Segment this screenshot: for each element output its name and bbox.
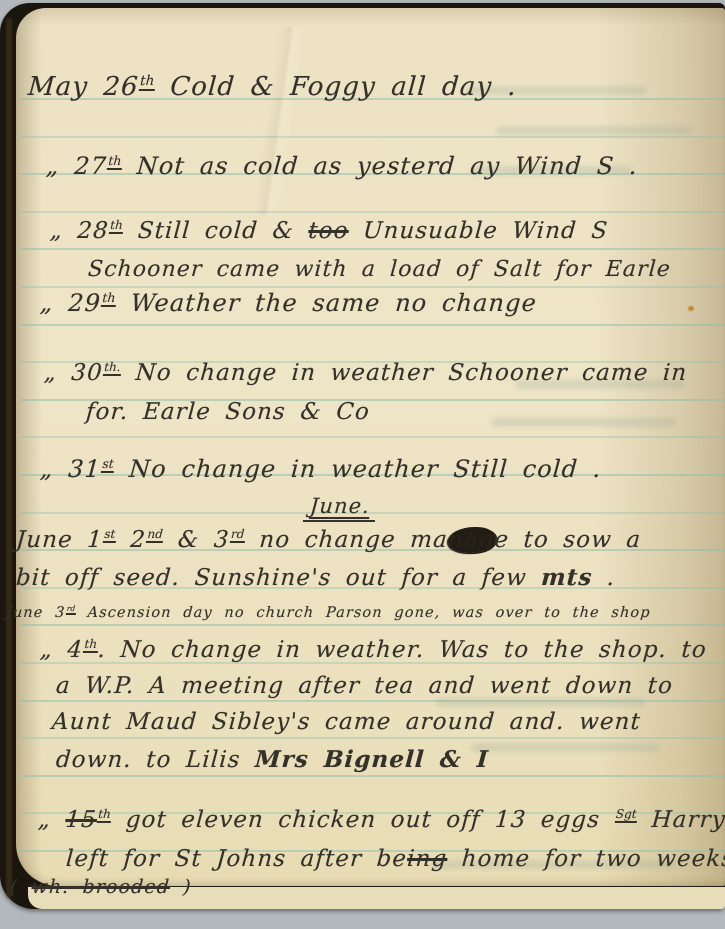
- paper-page: May 26th Cold & Foggy all day .„ 27th No…: [16, 8, 725, 886]
- diary-text-segment: no change ma: [244, 527, 449, 553]
- diary-line: „ 15th got eleven chicken out off 13 egg…: [37, 807, 725, 833]
- diary-text-segment: Aunt Maud Sibley's came around and. went: [51, 709, 642, 735]
- paper-crease: [253, 25, 305, 217]
- diary-text-segment: Schooner came with a load of Salt for Ea…: [87, 257, 672, 282]
- diary-line: „ 30th. No change in weather Schooner ca…: [43, 360, 688, 386]
- diary-line: „ 29th Weather the same no change: [39, 289, 538, 317]
- diary-line: June 1st 2nd & 3rd no change manage to s…: [15, 527, 642, 553]
- diary-text-segment: „ 4: [39, 637, 84, 663]
- diary-text-segment: too: [308, 218, 350, 244]
- diary-text-segment: nd: [146, 527, 164, 543]
- diary-text-segment: 15: [65, 807, 98, 833]
- diary-text-segment: „ 29: [39, 289, 102, 317]
- diary-line: down. to Lilis Mrs Bignell & I: [55, 746, 490, 773]
- diary-line: „ 27th Not as cold as yesterd ay Wind S …: [45, 152, 639, 180]
- diary-text-segment: th: [101, 290, 117, 307]
- diary-text-segment: Sgt: [614, 807, 638, 823]
- diary-text-segment: rd: [229, 527, 245, 543]
- rule-line: [20, 324, 725, 326]
- diary-text-segment: ): [169, 876, 192, 898]
- diary-text-segment: No change in weather Still cold .: [113, 455, 602, 483]
- ink-showthrough: [491, 418, 677, 427]
- ink-showthrough: [496, 126, 692, 135]
- diary-text-segment: Still cold &: [123, 218, 310, 244]
- rule-line: [20, 248, 725, 250]
- diary-line: bit off seed. Sunshine's out for a few m…: [15, 564, 616, 591]
- diary-text-segment: wh. brooded: [31, 876, 171, 898]
- diary-text-segment: „: [37, 807, 66, 833]
- diary-text-segment: May 26: [27, 72, 140, 102]
- diary-text-segment: home for two weeks .: [446, 846, 725, 872]
- diary-text-segment: June 1: [15, 527, 104, 553]
- ink-showthrough: [471, 743, 662, 752]
- diary-text-segment: Not as cold as yesterd ay Wind S .: [121, 152, 639, 180]
- diary-text-segment: June 3: [5, 605, 66, 621]
- scanned-diary-page: May 26th Cold & Foggy all day .„ 27th No…: [0, 0, 725, 929]
- diary-line: left for St Johns after being home for t…: [65, 846, 725, 872]
- diary-text-segment: 2: [115, 527, 147, 553]
- diary-line: Aunt Maud Sibley's came around and. went: [51, 709, 642, 735]
- diary-line: May 26th Cold & Foggy all day .: [27, 72, 518, 102]
- diary-text-segment: No change in weather Schooner came in: [120, 360, 688, 386]
- diary-line: a W.P. A meeting after tea and went down…: [55, 673, 674, 699]
- diary-line: „ 4th. No change in weather. Was to the …: [39, 637, 708, 663]
- diary-text-segment: left for St Johns after be: [65, 846, 408, 872]
- age-speck: [688, 306, 694, 311]
- diary-text-segment: th: [107, 153, 123, 170]
- diary-text-segment: „ 30: [43, 360, 104, 386]
- diary-line: June.: [29, 494, 651, 518]
- rule-line: [20, 737, 725, 739]
- diary-text-segment: st: [103, 527, 117, 543]
- diary-text-segment: Unusuable Wind S: [348, 218, 609, 244]
- diary-line: ( wh. brooded ): [9, 876, 192, 898]
- diary-text-segment: th.: [103, 360, 122, 376]
- diary-text-segment: th: [83, 637, 99, 653]
- diary-line: „ 28th Still cold & too Unusuable Wind S: [49, 218, 609, 244]
- diary-text-segment: a W.P. A meeting after tea and went down…: [55, 673, 674, 699]
- diary-text-segment: Harry Dake: [636, 807, 725, 833]
- diary-text-segment: down. to Lilis: [55, 747, 256, 773]
- diary-text-segment: . No change in weather. Was to the shop.…: [97, 637, 708, 663]
- diary-text-segment: (: [9, 876, 32, 898]
- diary-text-segment: e to sow a: [494, 527, 643, 553]
- diary-text-segment: Cold & Foggy all day .: [154, 72, 518, 102]
- diary-text-segment: bit off seed. Sunshine's out for a few: [15, 565, 542, 591]
- diary-text-segment: Weather the same no change: [115, 289, 538, 317]
- ink-showthrough: [436, 698, 647, 707]
- diary-text-segment: th: [138, 73, 155, 91]
- spine-edge: [6, 18, 12, 898]
- diary-line: Schooner came with a load of Salt for Ea…: [87, 257, 672, 282]
- diary-text-segment: June.: [303, 494, 377, 522]
- diary-text-segment: .: [592, 565, 617, 591]
- diary-text-segment: mts: [540, 564, 593, 591]
- rule-line: [20, 775, 725, 777]
- diary-line: for. Earle Sons & Co: [85, 399, 371, 425]
- diary-text-segment: Mrs Bignell & I: [254, 746, 490, 773]
- diary-text-segment: got eleven chicken out off 13 eggs: [111, 807, 616, 833]
- rule-line: [20, 436, 725, 438]
- diary-text-segment: & 3: [163, 527, 231, 553]
- diary-text-segment: nag: [447, 527, 495, 553]
- diary-text-segment: ing: [406, 846, 448, 872]
- diary-text-segment: „ 28: [49, 218, 110, 244]
- diary-line: „ 31st No change in weather Still cold .: [39, 455, 603, 483]
- rule-line: [20, 211, 725, 213]
- diary-text-segment: „ 27: [45, 152, 108, 180]
- diary-text-segment: „ 31: [39, 455, 102, 483]
- diary-text-segment: Ascension day no church Parson gone, was…: [75, 605, 651, 621]
- rule-line: [20, 136, 725, 138]
- rule-line: [20, 286, 725, 288]
- diary-line: June 3rd Ascension day no church Parson …: [5, 604, 651, 621]
- rule-line: [20, 624, 725, 626]
- diary-text-segment: for. Earle Sons & Co: [85, 399, 371, 425]
